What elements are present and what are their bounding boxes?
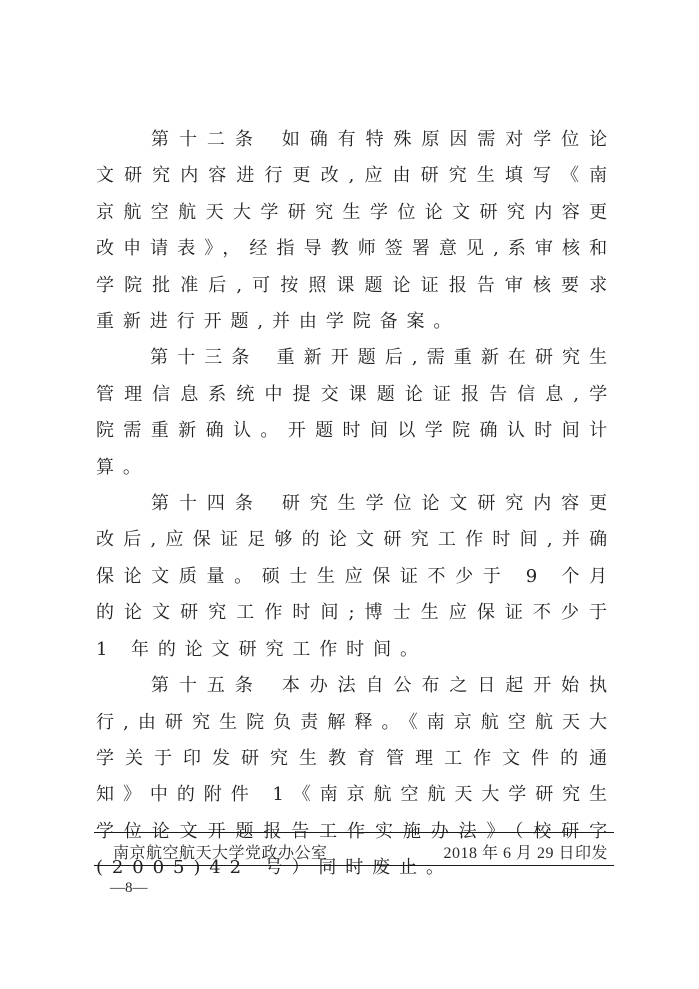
- page-number: —8—: [110, 880, 148, 897]
- article-text: 如确有特殊原因需对学位论文研究内容进行更改,应由研究生填写《南京航空航天大学研究…: [96, 129, 616, 332]
- issuer-name: 南京航空航天大学党政办公室: [113, 840, 328, 863]
- issuance-footer: 南京航空航天大学党政办公室 2018 年 6 月 29 日印发: [94, 832, 614, 866]
- article-13: 第十三条重新开题后,需重新在研究生管理信息系统中提交课题论证报告信息,学院需重新…: [96, 340, 616, 486]
- article-text: 研究生学位论文研究内容更改后,应保证足够的论文研究工作时间,并确保论文质量。硕士…: [96, 493, 616, 660]
- article-14: 第十四条研究生学位论文研究内容更改后,应保证足够的论文研究工作时间,并确保论文质…: [96, 486, 616, 668]
- document-page: 第十二条如确有特殊原因需对学位论文研究内容进行更改,应由研究生填写《南京航空航天…: [0, 0, 699, 989]
- article-12: 第十二条如确有特殊原因需对学位论文研究内容进行更改,应由研究生填写《南京航空航天…: [96, 122, 616, 340]
- issue-date: 2018 年 6 月 29 日印发: [443, 840, 608, 863]
- article-number: 第十四条: [150, 493, 263, 514]
- article-number: 第十二条: [150, 129, 263, 150]
- article-number: 第十五条: [150, 675, 263, 696]
- article-number: 第十三条: [150, 347, 258, 368]
- document-body: 第十二条如确有特殊原因需对学位论文研究内容进行更改,应由研究生填写《南京航空航天…: [96, 122, 616, 887]
